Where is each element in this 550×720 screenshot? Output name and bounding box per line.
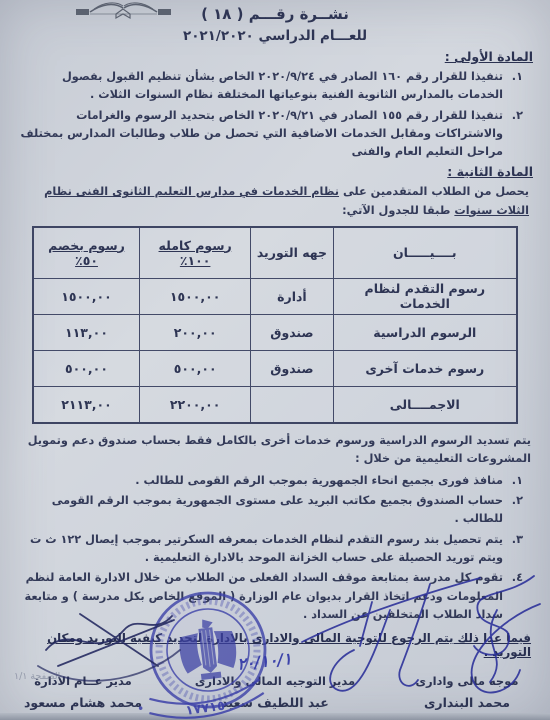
- item-number: ١.: [509, 68, 523, 105]
- table-header-row: بــــيـــــان جهه التوريد رسوم كامله ١٠٠…: [33, 227, 517, 279]
- article1-heading: المادة الأولى :: [17, 49, 533, 64]
- item-number: ١.: [509, 472, 523, 490]
- signature-title: مدير عــام الادارة: [23, 674, 143, 688]
- cell-discount: ١١٣,٠٠: [33, 314, 140, 350]
- cell-full: ٥٠٠,٠٠: [140, 350, 251, 386]
- cell-statement: الاجمــــالى: [333, 386, 517, 423]
- header-statement: بــــيـــــان: [333, 227, 517, 279]
- signature-general-director: مدير عــام الادارة محمد هشام مسعود: [23, 674, 143, 710]
- cell-statement: رسوم خدمات آخرى: [333, 350, 517, 386]
- table-row: رسوم خدمات آخرى صندوق ٥٠٠,٠٠ ٥٠٠,٠٠: [33, 350, 517, 386]
- bulletin-subtitle: للعـــام الدراسي ٢٠٢١/٢٠٢٠: [0, 28, 550, 44]
- cell-discount: ٥٠٠,٠٠: [33, 350, 140, 386]
- item-text: منافذ فورى بجميع انحاء الجمهورية بموجب ا…: [17, 472, 503, 490]
- article1-item-1: ١. تنفيذا للقرار رقم ١٦٠ الصادر في ٢٠٢٠/…: [17, 68, 523, 105]
- payment-intro: يتم تسديد الرسوم الدراسية ورسوم خدمات أخ…: [17, 432, 531, 468]
- fees-table: بــــيـــــان جهه التوريد رسوم كامله ١٠٠…: [32, 226, 518, 424]
- intro-suffix: طبقا للجدول الآتي:: [342, 204, 450, 217]
- payment-item-4: ٤. تقوم كل مدرسة بمتابعة موقف السداد الف…: [17, 569, 523, 624]
- article2-heading: المادة الثانية :: [17, 164, 533, 179]
- cell-statement: رسوم التقدم لنظام الخدمات: [333, 278, 517, 314]
- item-text: تنفيذا للقرار رقم ١٥٥ الصادر في ٢٠٢٠/٩/٢…: [17, 107, 503, 162]
- header-discount-fees: رسوم بخصم ٥٠٪: [33, 227, 140, 279]
- item-text: حساب الصندوق بجميع مكاتب البريد على مستو…: [17, 492, 503, 529]
- cell-discount: ١٥٠٠,٠٠: [33, 278, 140, 314]
- cell-full: ٢٠٠,٠٠: [140, 314, 251, 350]
- item-text: يتم تحصيل بند رسوم التقدم لنظام الخدمات …: [17, 531, 503, 568]
- signature-name: محمد البندارى: [407, 695, 527, 710]
- intro-prefix: يحصل من الطلاب المتقدمين على: [343, 185, 529, 198]
- ministry-logo-icon: [76, 0, 171, 22]
- document-body: المادة الأولى : ١. تنفيذا للقرار رقم ١٦٠…: [0, 44, 550, 710]
- payment-item-2: ٢. حساب الصندوق بجميع مكاتب البريد على م…: [17, 492, 523, 529]
- table-row-total: الاجمــــالى ٢٢٠٠,٠٠ ٢١١٣,٠٠: [33, 386, 517, 423]
- item-text: تقوم كل مدرسة بمتابعة موقف السداد الفعلى…: [17, 569, 503, 624]
- cell-entity: [251, 386, 333, 423]
- table-row: رسوم التقدم لنظام الخدمات أدارة ١٥٠٠,٠٠ …: [33, 278, 517, 314]
- payment-item-3: ٣. يتم تحصيل بند رسوم التقدم لنظام الخدم…: [17, 531, 523, 568]
- cell-full: ٢٢٠٠,٠٠: [140, 386, 251, 423]
- closing-statement: فيما عدا ذلك يتم الرجوع للتوجية المالى و…: [17, 631, 531, 659]
- item-number: ٣.: [509, 531, 523, 568]
- signature-guidance-director: مدير التوجيه المالى والادارى عبد اللطيف …: [195, 674, 355, 710]
- signature-title: مدير التوجيه المالى والادارى: [195, 674, 355, 688]
- document-page: نشــرة رقـــم ( ١٨ ) للعـــام الدراسي ٢٠…: [0, 0, 550, 720]
- article2-intro: يحصل من الطلاب المتقدمين على نظام الخدما…: [17, 183, 529, 219]
- item-text: تنفيذا للقرار رقم ١٦٠ الصادر في ٢٠٢٠/٩/٢…: [17, 68, 503, 105]
- signature-name: عبد اللطيف سعيد: [195, 695, 355, 710]
- item-number: ٢.: [509, 107, 523, 162]
- cell-statement: الرسوم الدراسية: [333, 314, 517, 350]
- header-supply-entity: جهه التوريد: [251, 227, 333, 279]
- item-number: ٢.: [509, 492, 523, 529]
- cell-full: ١٥٠٠,٠٠: [140, 278, 251, 314]
- table-row: الرسوم الدراسية صندوق ٢٠٠,٠٠ ١١٣,٠٠: [33, 314, 517, 350]
- signature-title: موجه مالى وادارى: [407, 674, 527, 688]
- cell-discount: ٢١١٣,٠٠: [33, 386, 140, 423]
- signature-financial-admin-guide: موجه مالى وادارى محمد البندارى: [407, 674, 527, 710]
- article1-item-2: ٢. تنفيذا للقرار رقم ١٥٥ الصادر في ٢٠٢٠/…: [17, 107, 523, 162]
- cell-entity: أدارة: [251, 278, 333, 314]
- signature-name: محمد هشام مسعود: [23, 695, 143, 710]
- cell-entity: صندوق: [251, 314, 333, 350]
- payment-item-1: ١. منافذ فورى بجميع انحاء الجمهورية بموج…: [17, 472, 523, 490]
- cell-entity: صندوق: [251, 350, 333, 386]
- item-number: ٤.: [509, 569, 523, 624]
- signature-row: موجه مالى وادارى محمد البندارى مدير التو…: [23, 674, 527, 710]
- header-full-fees: رسوم كامله ١٠٠٪: [140, 227, 251, 279]
